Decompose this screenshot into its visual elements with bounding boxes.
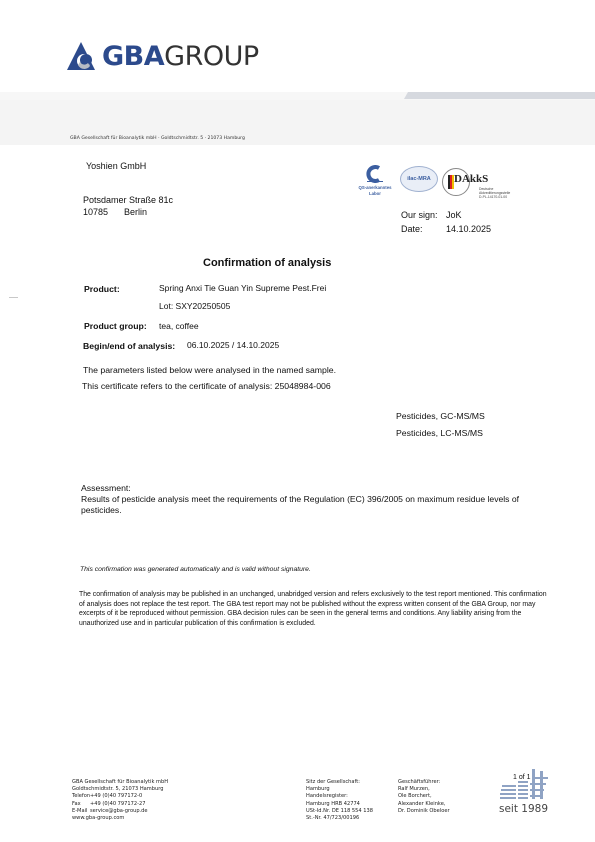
date-value: 14.10.2025 — [446, 224, 491, 234]
footer-phone: +49 (0)40 797172-0 — [90, 793, 142, 799]
auto-generated-note: This confirmation was generated automati… — [80, 566, 311, 573]
dakks-sub-3: D-PL-14170-01-00 — [479, 195, 510, 199]
our-sign-value: JoK — [446, 210, 462, 220]
document-title: Confirmation of analysis — [203, 257, 331, 269]
logo-gba-text: GBA — [102, 41, 164, 72]
assessment-text: Results of pesticide analysis meet the r… — [81, 494, 561, 516]
footer-email-label: E-Mail — [72, 808, 90, 815]
date-label: Date: — [401, 223, 446, 236]
footer-email[interactable]: service@gba-group.de — [90, 808, 148, 814]
seit-1989-logo: 1 of 1 seit 1989 — [496, 767, 556, 822]
fold-mark — [9, 297, 18, 298]
footer-management-line: Geschäftsführer: — [398, 779, 488, 786]
footer-address: Goldtschmidtstr. 5, 21073 Hamburg — [72, 786, 232, 793]
footer-management-line: Ralf Murzen, — [398, 786, 488, 793]
dakks-subtext: Deutsche Akkreditierungsstelle D-PL-1417… — [479, 187, 510, 199]
footer-registry-line: Hamburg HRB 42774 — [306, 801, 406, 808]
footer-fax: +49 (0)40 797172-27 — [90, 801, 145, 807]
dakks-name: DAkkS — [454, 173, 488, 185]
footer-registry-line: Hamburg — [306, 786, 406, 793]
footer-management-line: Alexander Kleinke, — [398, 801, 488, 808]
analysis-period-label: Begin/end of analysis: — [83, 341, 175, 351]
our-sign-row: Our sign:JoK — [401, 209, 462, 222]
footer-fax-label: Fax — [72, 801, 90, 808]
page-indicator: 1 of 1 — [512, 774, 532, 781]
footer-registry-line: Handelsregister: — [306, 793, 406, 800]
footer-registry-line: Sitz der Gesellschaft: — [306, 779, 406, 786]
product-group-value: tea, coffee — [159, 321, 199, 331]
footer-company: GBA Gesellschaft für Bioanalytik mbH — [72, 779, 232, 786]
analysis-period-value: 06.10.2025 / 14.10.2025 — [187, 340, 279, 350]
parameter-item: Pesticides, LC-MS/MS — [396, 427, 483, 440]
footer-registry-line: USt-Id.Nr. DE 118 554 138 — [306, 808, 406, 815]
footer-company-info: GBA Gesellschaft für Bioanalytik mbH Gol… — [72, 779, 232, 822]
qs-logo: QS-anerkanntes Labor — [357, 165, 393, 196]
footer-management-line: Dr. Dominik Obeloer — [398, 808, 488, 815]
footer-phone-label: Telefon — [72, 793, 90, 800]
logo-group-text: GROUP — [164, 41, 258, 72]
footer-registry-info: Sitz der Gesellschaft: Hamburg Handelsre… — [306, 779, 406, 822]
qs-label-1: QS-anerkanntes — [357, 185, 393, 191]
footer-website[interactable]: www.gba-group.com — [72, 815, 232, 822]
dakks-logo: DAkkS Deutsche Akkreditierungsstelle D-P… — [442, 166, 532, 200]
since-year: seit 1989 — [499, 803, 548, 815]
ilac-label: ilac-MRA — [407, 176, 431, 182]
qs-icon — [365, 165, 385, 183]
certificate-reference: This certificate refers to the certifica… — [82, 380, 331, 393]
disclaimer: The confirmation of analysis may be publ… — [79, 590, 549, 628]
product-label: Product: — [84, 284, 120, 294]
qs-label-2: Labor — [357, 191, 393, 197]
product-name: Spring Anxi Tie Guan Yin Supreme Pest.Fr… — [159, 283, 326, 293]
recipient-company: Yoshien GmbH — [86, 160, 146, 172]
recipient-city: Berlin — [124, 206, 147, 218]
gba-group-logo: GBAGROUP — [66, 40, 259, 72]
sender-line: GBA Gesellschaft für Bioanalytik mbH · G… — [70, 136, 245, 141]
parameters-intro: The parameters listed below were analyse… — [83, 364, 336, 377]
date-row: Date:14.10.2025 — [401, 223, 491, 236]
parameter-item: Pesticides, GC-MS/MS — [396, 410, 485, 423]
header-band-accent — [404, 92, 595, 99]
footer-registry-line: St.-Nr. 47/723/00196 — [306, 815, 406, 822]
our-sign-label: Our sign: — [401, 209, 446, 222]
recipient-street: Potsdamer Straße 81c — [83, 194, 173, 206]
sut-emblem-icon — [496, 767, 554, 803]
gba-triangle-icon — [66, 41, 96, 71]
product-group-label: Product group: — [84, 321, 147, 331]
ilac-mra-logo: ilac-MRA — [400, 166, 438, 192]
product-lot: Lot: SXY20250505 — [159, 301, 230, 311]
footer-management-line: Ole Borchert, — [398, 793, 488, 800]
recipient-zip: 10785 — [83, 206, 108, 218]
footer-management-info: Geschäftsführer: Ralf Murzen, Ole Borche… — [398, 779, 488, 815]
